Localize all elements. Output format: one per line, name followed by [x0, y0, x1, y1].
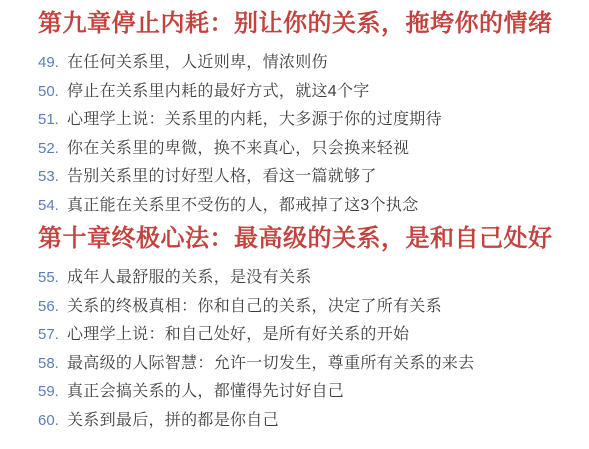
toc-item: 55. 成年人最舒服的关系，是没有关系 [38, 268, 571, 287]
toc-page: 第九章停止内耗：别让你的关系，拖垮你的情绪 49. 在任何关系里，人近则卑，情浓… [0, 0, 589, 449]
toc-item-title: 心理学上说：关系里的内耗，大多源于你的过度期待 [67, 110, 442, 129]
toc-item: 53. 告别关系里的讨好型人格，看这一篇就够了 [38, 167, 571, 186]
toc-item-number: 53. [38, 167, 64, 186]
toc-item-number: 55. [38, 268, 64, 287]
toc-item-number: 57. [38, 325, 64, 344]
toc-item-title: 停止在关系里内耗的最好方式，就这4个字 [67, 82, 370, 101]
toc-item: 52. 你在关系里的卑微，换不来真心，只会换来轻视 [38, 139, 571, 158]
toc-item-number: 60. [38, 411, 64, 430]
toc-item: 58. 最高级的人际智慧：允许一切发生，尊重所有关系的来去 [38, 354, 571, 373]
toc-item-title: 真正会搞关系的人，都懂得先讨好自己 [67, 382, 344, 401]
toc-item-number: 52. [38, 139, 64, 158]
toc-item: 59. 真正会搞关系的人，都懂得先讨好自己 [38, 382, 571, 401]
toc-item-number: 59. [38, 382, 64, 401]
toc-item-title: 在任何关系里，人近则卑，情浓则伤 [67, 53, 328, 72]
toc-item-title: 关系的终极真相：你和自己的关系，决定了所有关系 [67, 297, 442, 316]
toc-item: 49. 在任何关系里，人近则卑，情浓则伤 [38, 53, 571, 72]
toc-item-number: 54. [38, 196, 64, 215]
toc-item-title: 你在关系里的卑微，换不来真心，只会换来轻视 [67, 139, 409, 158]
toc-item-title: 最高级的人际智慧：允许一切发生，尊重所有关系的来去 [67, 354, 475, 373]
chapter-section: 第十章终极心法：最高级的关系，是和自己处好 55. 成年人最舒服的关系，是没有关… [38, 224, 571, 430]
toc-item: 50. 停止在关系里内耗的最好方式，就这4个字 [38, 82, 571, 101]
toc-item: 60. 关系到最后，拼的都是你自己 [38, 411, 571, 430]
chapter-heading: 第九章停止内耗：别让你的关系，拖垮你的情绪 [38, 9, 571, 39]
toc-item: 51. 心理学上说：关系里的内耗，大多源于你的过度期待 [38, 110, 571, 129]
toc-item-number: 49. [38, 53, 64, 72]
toc-item: 54. 真正能在关系里不受伤的人，都戒掉了这3个执念 [38, 196, 571, 215]
toc-item-title: 心理学上说：和自己处好，是所有好关系的开始 [67, 325, 409, 344]
toc-sections: 第九章停止内耗：别让你的关系，拖垮你的情绪 49. 在任何关系里，人近则卑，情浓… [38, 9, 571, 430]
toc-item: 57. 心理学上说：和自己处好，是所有好关系的开始 [38, 325, 571, 344]
toc-item-title: 真正能在关系里不受伤的人，都戒掉了这3个执念 [67, 196, 419, 215]
toc-item-title: 成年人最舒服的关系，是没有关系 [67, 268, 312, 287]
toc-item: 56. 关系的终极真相：你和自己的关系，决定了所有关系 [38, 297, 571, 316]
toc-item-title: 告别关系里的讨好型人格，看这一篇就够了 [67, 167, 377, 186]
toc-item-number: 50. [38, 82, 64, 101]
chapter-section: 第九章停止内耗：别让你的关系，拖垮你的情绪 49. 在任何关系里，人近则卑，情浓… [38, 9, 571, 215]
toc-item-number: 58. [38, 354, 64, 373]
toc-item-number: 51. [38, 110, 64, 129]
chapter-heading: 第十章终极心法：最高级的关系，是和自己处好 [38, 224, 571, 254]
toc-item-number: 56. [38, 297, 64, 316]
chapter-item-list: 49. 在任何关系里，人近则卑，情浓则伤 50. 停止在关系里内耗的最好方式，就… [38, 53, 571, 215]
toc-item-title: 关系到最后，拼的都是你自己 [67, 411, 279, 430]
chapter-item-list: 55. 成年人最舒服的关系，是没有关系 56. 关系的终极真相：你和自己的关系，… [38, 268, 571, 430]
